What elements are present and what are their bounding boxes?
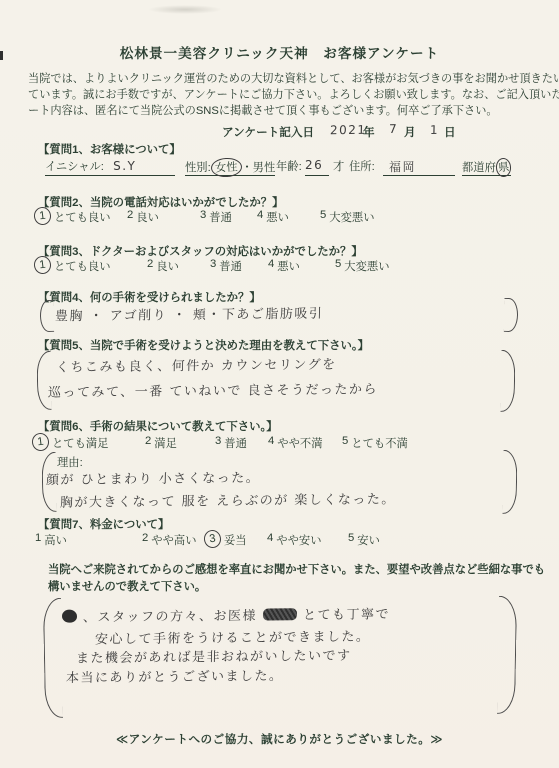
q3-option-5-number: 5 xyxy=(335,258,341,274)
date-day-unit: 日 xyxy=(444,124,456,140)
q2-option-5-number: 5 xyxy=(320,209,326,225)
q1-address-value: 福岡 xyxy=(389,160,416,174)
q3-option-2: 2良い xyxy=(147,258,179,274)
q3-option-2-label: 良い xyxy=(156,258,179,274)
q2-option-1-label: とても良い xyxy=(54,209,111,225)
q6-reason-line-2: 胸が大きくなって 服を えらぶのが 楽しくなった。 xyxy=(60,488,396,511)
q3-option-5: 5大変悪い xyxy=(335,258,390,274)
intro-line-1: 当院では、よりよいクリニック運営のための大切な資料として、お客様がお気づきの事を… xyxy=(28,72,536,88)
q5-answer-line-1: くちこみも良く、何件か カウンセリングを xyxy=(56,354,337,376)
q7-option-3-circled-number: 3 xyxy=(203,529,222,549)
q3-option-1-label: とても良い xyxy=(54,258,111,274)
q4-left-paren xyxy=(40,300,55,332)
q2-options-row: 1とても良い 2良い 3普通 4悪い 5大変悪い xyxy=(0,209,559,227)
q3-option-4-label: 悪い xyxy=(277,258,300,274)
q1-fields-row: イニシャル: S.Y 性別:女性・男性 年齢: 26 才 住所: 福岡 都道府県 xyxy=(0,158,559,178)
scan-smudge xyxy=(148,5,222,14)
intro-line-2: ています。誠にお手数ですが、アンケートにご協力下さい。よろしくお願い致します。な… xyxy=(28,88,536,104)
q6-reason-label: 理由: xyxy=(57,454,83,470)
q6-option-4-number: 4 xyxy=(268,435,274,451)
q7-option-4-label: やや安い xyxy=(276,532,321,548)
q6-option-3-number: 3 xyxy=(215,435,221,451)
q2-option-2-label: 良い xyxy=(136,209,159,225)
comments-prompt: 当院へご来院されてからのご感想を率直にお聞かせ下さい。また、要望や改善点など些細… xyxy=(48,562,538,595)
q1-gender-field: 性別:女性・男性 xyxy=(185,158,275,176)
q1-initial-value: S.Y xyxy=(113,159,136,173)
q2-option-2: 2良い xyxy=(127,209,159,225)
q1-gender-female-circled: 女性 xyxy=(210,157,242,178)
intro-line-3: ート内容は、匿名にて当院公式のSNSに掲載させて頂く事もございます。何卒ご了承下… xyxy=(28,104,536,120)
date-year-value: 2021 xyxy=(330,123,367,137)
footer-thanks: ≪アンケートへのご協力、誠にありがとうございました。≫ xyxy=(0,731,559,747)
q1-address-label: 住所: xyxy=(349,158,375,175)
comments-prompt-line-1: 当院へご来院されてからのご感想を率直にお聞かせ下さい。また、要望や改善点など些細… xyxy=(48,562,538,579)
q2-option-4-label: 悪い xyxy=(266,209,289,225)
q3-option-2-number: 2 xyxy=(147,258,153,274)
q1-address-prefix: 都道府 xyxy=(462,162,496,174)
q6-option-3: 3普通 xyxy=(215,435,247,451)
q7-header: 【質問7、料金について】 xyxy=(38,516,169,532)
q7-option-1: 1高い xyxy=(35,532,67,548)
comments-right-paren xyxy=(497,596,517,714)
date-label: アンケート記入日 xyxy=(222,124,314,140)
q5-header: 【質問5、当院で手術を受けようと決めた理由を教えて下さい。】 xyxy=(38,337,369,353)
q6-option-4: 4やや不満 xyxy=(268,435,323,451)
q7-option-1-number: 1 xyxy=(35,532,41,548)
q7-option-4: 4やや安い xyxy=(267,532,322,548)
q7-option-2-label: やや高い xyxy=(151,532,196,548)
survey-scan-page: 松林景一美容クリニック天神 お客様アンケート 当院では、よりよいクリニック運営の… xyxy=(0,0,559,768)
q7-option-5: 5安い xyxy=(348,532,380,548)
q1-age-label: 年齢: xyxy=(276,158,302,175)
q3-option-3: 3普通 xyxy=(210,258,242,274)
q7-option-5-number: 5 xyxy=(348,532,354,548)
q2-option-3-number: 3 xyxy=(200,209,206,225)
q4-right-paren xyxy=(504,298,519,332)
q6-option-5: 5とても不満 xyxy=(342,435,408,451)
q6-right-paren xyxy=(502,450,517,514)
q6-option-2-label: 満足 xyxy=(154,435,177,451)
q5-answer-line-2: 巡ってみて、一番 ていねいで 良さそうだったから xyxy=(48,378,378,400)
q6-options-row: 1とても満足 2満足 3普通 4やや不満 5とても不満 xyxy=(0,435,559,453)
q7-option-2-number: 2 xyxy=(142,532,148,548)
comment-line-3: また機会があれば是非おねがいしたいです xyxy=(76,645,352,667)
q1-age-underline: 26 xyxy=(305,158,329,176)
date-month-unit: 月 xyxy=(404,124,416,140)
q7-option-5-label: 安い xyxy=(357,532,380,548)
q5-right-paren xyxy=(500,350,515,412)
q2-option-5: 5大変悪い xyxy=(320,209,375,225)
q2-option-1-circled-number: 1 xyxy=(33,206,52,226)
q3-option-1-circled-number: 1 xyxy=(33,255,52,275)
q1-address-ken-circled: 県 xyxy=(495,158,511,178)
q7-options-row: 1高い 2やや高い 3妥当 4やや安い 5安い xyxy=(0,532,559,550)
q7-option-2: 2やや高い xyxy=(142,532,197,548)
q6-option-1-circled-number: 1 xyxy=(31,432,50,452)
q7-option-1-label: 高い xyxy=(44,532,67,548)
q1-address-underline: 福岡 xyxy=(383,158,455,176)
date-day-value: 1 xyxy=(430,123,439,137)
q3-options-row: 1とても良い 2良い 3普通 4悪い 5大変悪い xyxy=(0,258,559,276)
q1-address-suffix: 都道府県 xyxy=(462,158,511,176)
q3-option-5-label: 大変悪い xyxy=(344,258,389,274)
q6-option-2-number: 2 xyxy=(145,435,151,451)
intro-paragraph: 当院では、よりよいクリニック運営のための大切な資料として、お客様がお気づきの事を… xyxy=(28,72,536,119)
comment-line-1-text-a: 、スタッフの方々、お医様 xyxy=(83,605,257,626)
q3-option-3-number: 3 xyxy=(210,258,216,274)
q1-initial-field: イニシャル: S.Y xyxy=(45,158,175,176)
q3-option-4: 4悪い xyxy=(268,258,300,274)
q3-header: 【質問3、ドクターおよびスタッフの対応はいかがでしたか？】 xyxy=(38,243,363,259)
q6-reason-line-1: 顔が ひとまわり 小さくなった。 xyxy=(46,467,261,488)
q6-option-2: 2満足 xyxy=(145,435,177,451)
q2-option-5-label: 大変悪い xyxy=(329,209,374,225)
comment-line-4: 本当にありがとうございました。 xyxy=(66,665,284,686)
q3-option-1: 1とても良い xyxy=(34,258,111,274)
q2-option-1: 1とても良い xyxy=(34,209,111,225)
q4-answer: 豊胸 ・ アゴ削り ・ 頬・下あご脂肪吸引 xyxy=(55,303,324,325)
date-year-unit: 年 xyxy=(363,124,375,140)
q7-option-4-number: 4 xyxy=(267,532,273,548)
q6-option-5-label: とても不満 xyxy=(351,435,408,451)
q1-age-unit: 才 xyxy=(333,158,344,175)
q7-option-3: 3妥当 xyxy=(204,532,247,548)
comment-line-1-text-b: とても丁寧で xyxy=(303,603,390,623)
q6-header: 【質問6、手術の結果について教えて下さい。】 xyxy=(38,418,278,434)
q6-option-5-number: 5 xyxy=(342,435,348,451)
crossed-out-word-icon xyxy=(263,608,297,620)
comments-prompt-line-2: 構いませんので教えて下さい。 xyxy=(48,579,538,596)
q2-option-4: 4悪い xyxy=(257,209,289,225)
q1-gender-male: 男性 xyxy=(253,162,276,174)
q6-option-3-label: 普通 xyxy=(224,435,247,451)
q1-gender-separator: ・ xyxy=(241,162,252,174)
q3-option-4-number: 4 xyxy=(268,258,274,274)
q6-option-1: 1とても満足 xyxy=(32,435,109,451)
q1-age-value: 26 xyxy=(305,158,323,172)
q5-left-paren xyxy=(36,351,51,410)
q1-gender-label: 性別: xyxy=(185,162,211,174)
comments-left-paren xyxy=(43,598,63,718)
q2-option-3: 3普通 xyxy=(200,209,232,225)
q6-option-4-label: やや不満 xyxy=(277,435,322,451)
q2-option-3-label: 普通 xyxy=(209,209,232,225)
q7-option-3-label: 妥当 xyxy=(224,532,247,548)
date-month-value: 7 xyxy=(389,122,398,136)
q6-option-1-label: とても満足 xyxy=(52,435,109,451)
q1-header: 【質問1、お客様について】 xyxy=(38,141,181,157)
comment-line-1: 、スタッフの方々、お医様 とても丁寧で xyxy=(62,603,390,625)
q2-header: 【質問2、当院の電話対応はいかがでしたか？】 xyxy=(38,194,284,210)
q2-option-4-number: 4 xyxy=(257,209,263,225)
q2-option-2-number: 2 xyxy=(127,209,133,225)
scribble-blob-icon xyxy=(62,610,77,623)
page-title: 松林景一美容クリニック天神 お客様アンケート xyxy=(0,42,559,62)
q1-initial-label: イニシャル: xyxy=(45,161,104,173)
q3-option-3-label: 普通 xyxy=(219,258,242,274)
